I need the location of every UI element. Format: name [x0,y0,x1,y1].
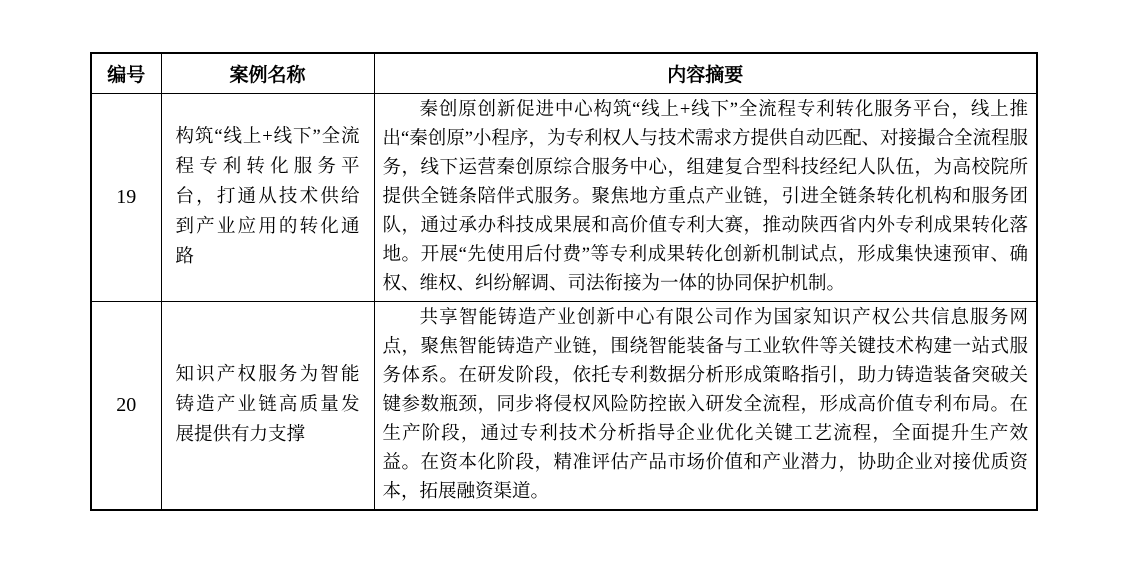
summary-cell: 秦创原创新促进中心构筑“线上+线下”全流程专利转化服务平台，线上推出“秦创原”小… [374,93,1037,301]
table-row-19: 19 构筑“线上+线下”全流程专利转化服务平台，打通从技术供给到产业应用的转化通… [91,93,1037,301]
summary-paragraph: 共享智能铸造产业创新中心有限公司作为国家知识产权公共信息服务网点，聚焦智能铸造产… [383,304,1029,507]
row-number-cell: 19 [91,93,161,301]
table-row-20: 20 知识产权服务为智能铸造产业链高质量发展提供有力支撑 共享智能铸造产业创新中… [91,301,1037,510]
case-name-cell: 构筑“线上+线下”全流程专利转化服务平台，打通从技术供给到产业应用的转化通路 [161,93,374,301]
row-number-cell: 20 [91,301,161,510]
case-name-cell: 知识产权服务为智能铸造产业链高质量发展提供有力支撑 [161,301,374,510]
case-summary-table: 编号 案例名称 内容摘要 19 构筑“线上+线下”全流程专利转化服务平台，打通从… [90,52,1038,511]
header-cell-number: 编号 [91,53,161,93]
summary-paragraph: 秦创原创新促进中心构筑“线上+线下”全流程专利转化服务平台，线上推出“秦创原”小… [383,96,1029,299]
header-row: 编号 案例名称 内容摘要 [91,53,1037,93]
summary-cell: 共享智能铸造产业创新中心有限公司作为国家知识产权公共信息服务网点，聚焦智能铸造产… [374,301,1037,510]
header-cell-summary: 内容摘要 [374,53,1037,93]
header-cell-case-name: 案例名称 [161,53,374,93]
